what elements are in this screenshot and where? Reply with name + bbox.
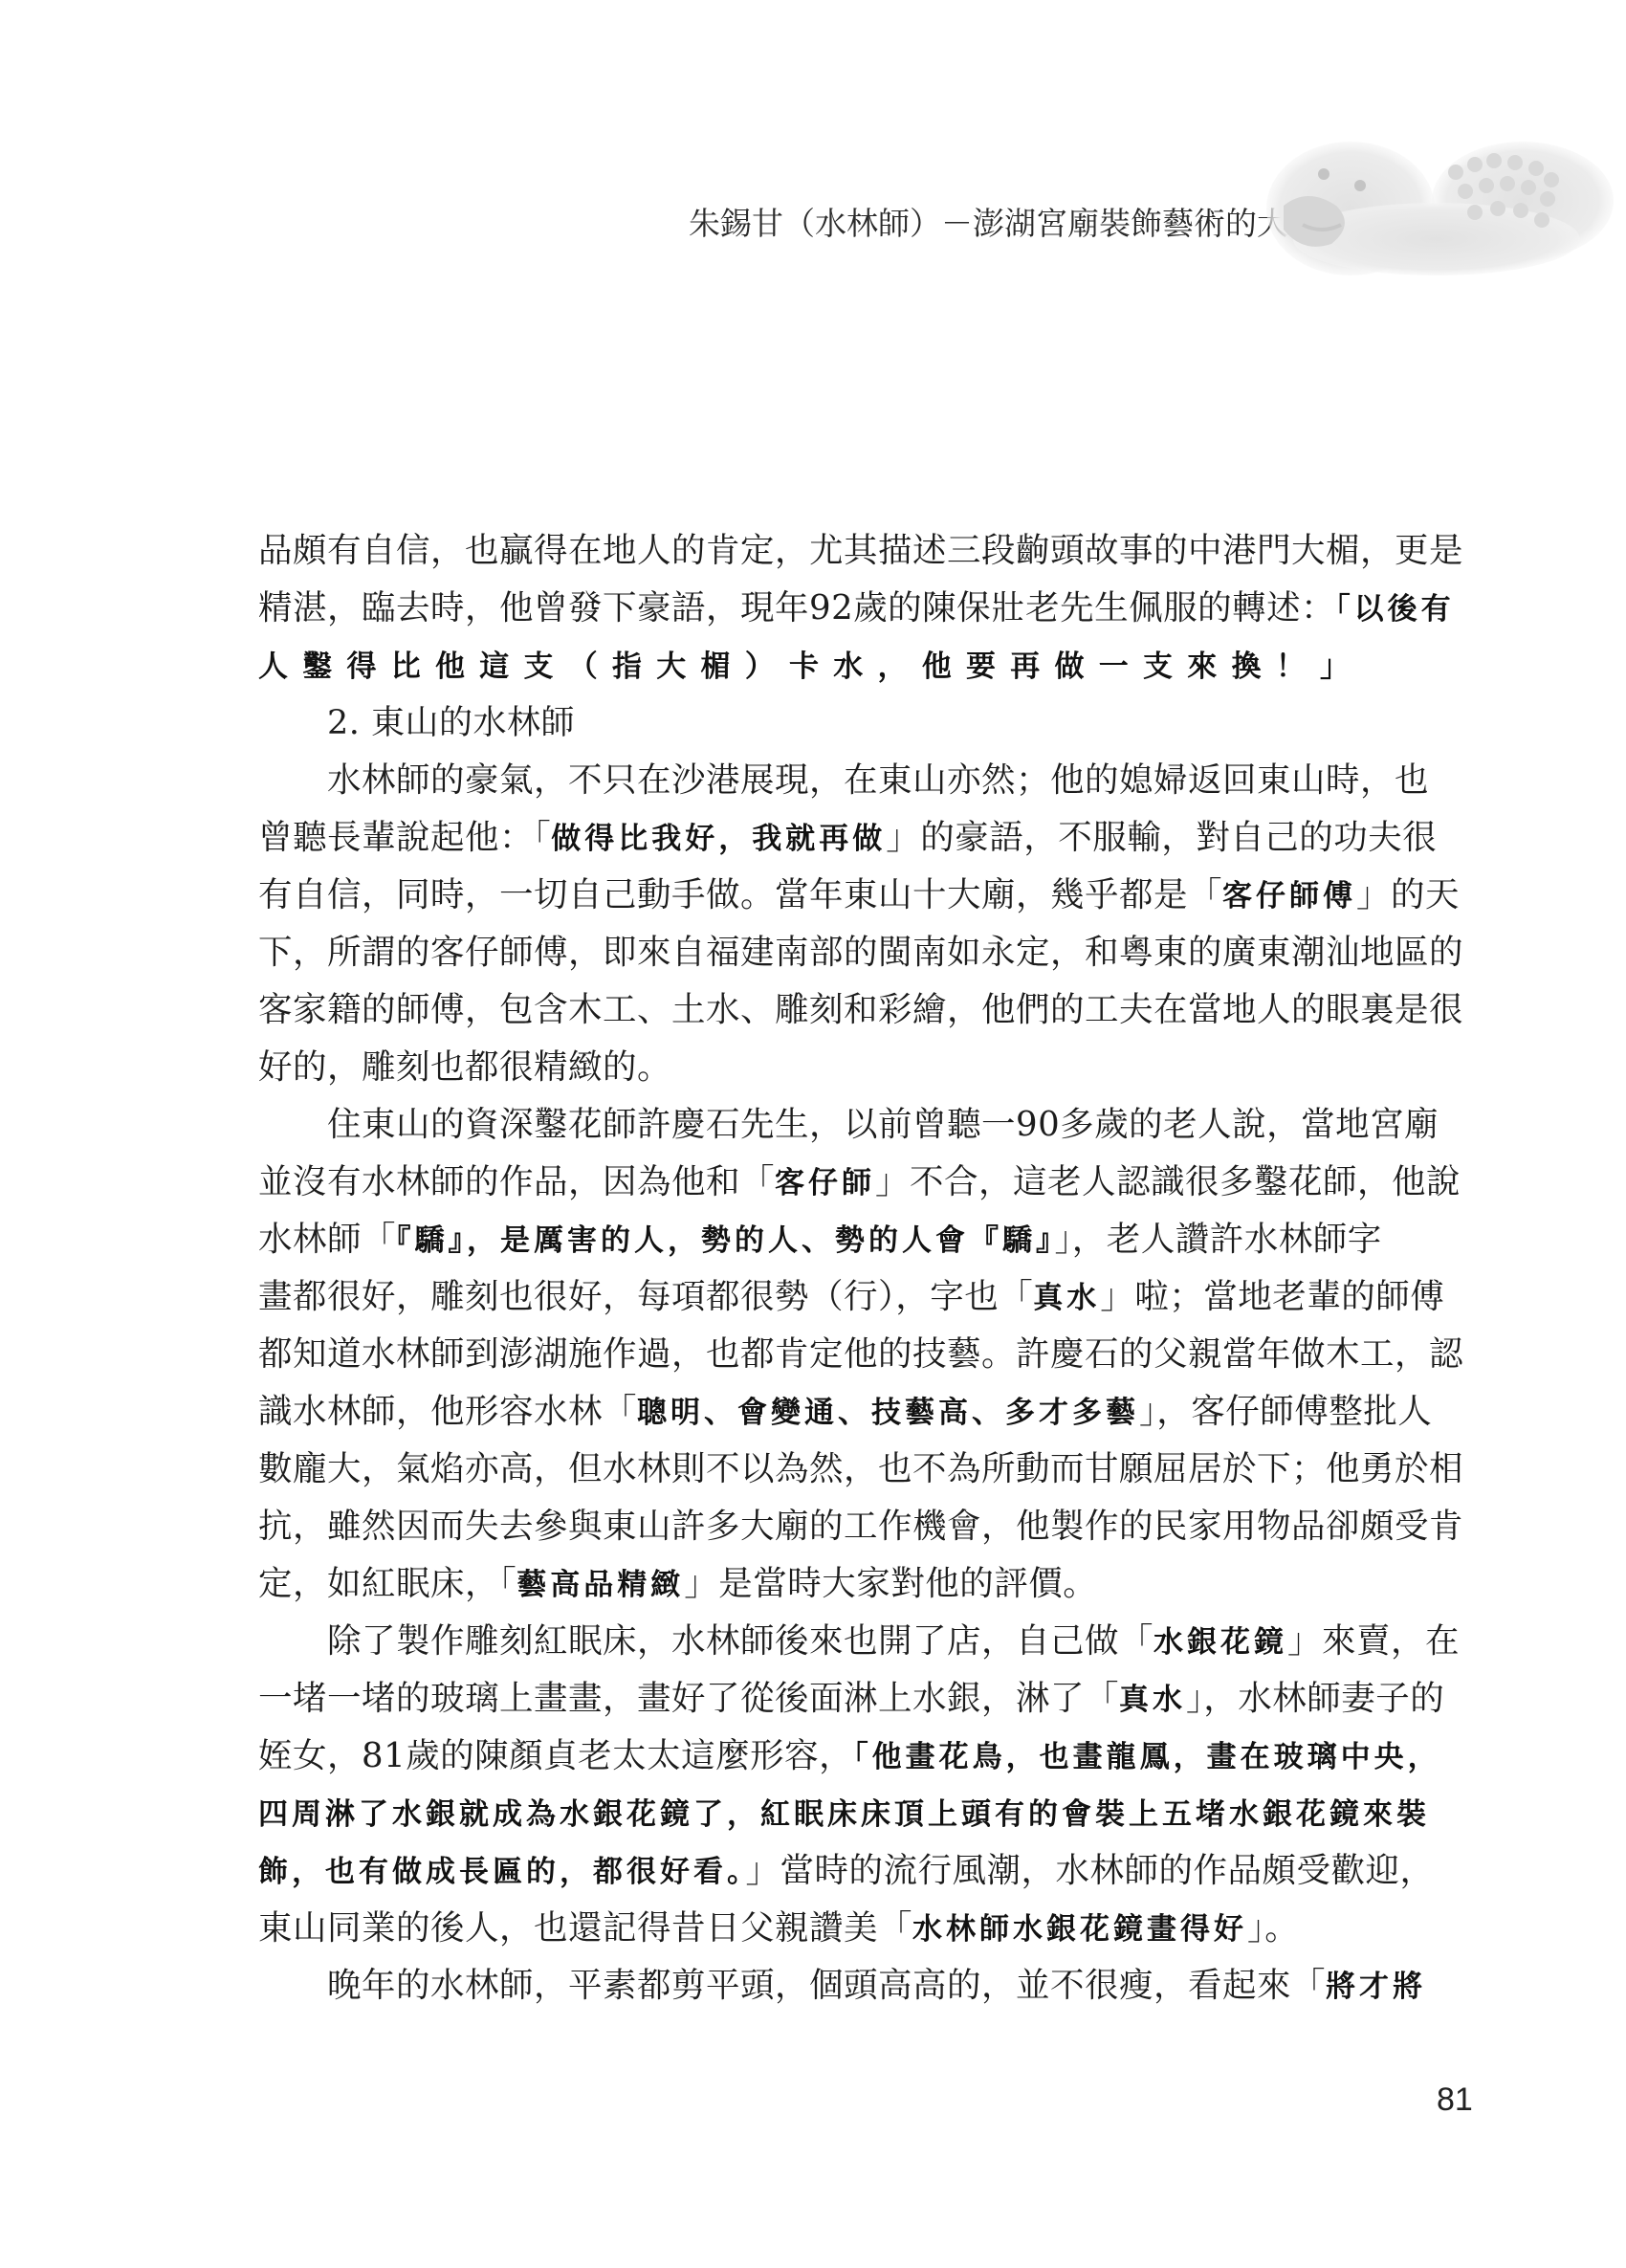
text-segment: 東山同業的後人，也還記得昔日父親讚美「 (258, 1908, 912, 1948)
quoted-speech: 真水 (1033, 1281, 1100, 1315)
section-heading: 2. 東山的水林師 (258, 694, 1353, 752)
body-text: 品頗有自信，也贏得在地人的肯定，尤其描述三段齣頭故事的中港門大楣，更是精湛，臨去… (258, 522, 1353, 2015)
text-line: 識水林師，他形容水林「聰明、會變通、技藝高、多才多藝」，客仔師傅整批人 (258, 1383, 1353, 1441)
text-segment: 並沒有水林師的作品，因為他和「 (258, 1162, 775, 1201)
quoted-speech: 做得比我好，我就再做 (551, 822, 886, 856)
text-segment: 」當時的流行風潮，水林師的作品頗受歡迎， (746, 1851, 1435, 1890)
quoted-speech: 「他畫花鳥，也畫龍鳳，畫在玻璃中央， (853, 1740, 1441, 1774)
text-line: 抗，雖然因而失去參與東山許多大廟的工作機會，他製作的民家用物品卻頗受肯 (258, 1498, 1353, 1555)
text-segment: 識水林師，他形容水林「 (258, 1392, 637, 1431)
text-segment: 住東山的資深鑿花師許慶石先生，以前曾聽一90多歲的老人說，當地宮廟 (327, 1105, 1439, 1144)
text-segment: 數龐大，氣焰亦高，但水林則不以為然，也不為所動而甘願屈居於下；他勇於相 (258, 1449, 1463, 1488)
text-line: 客家籍的師傅，包含木工、土水、雕刻和彩繪，他們的工夫在當地人的眼裏是很 (258, 981, 1353, 1039)
text-segment: 一堵一堵的玻璃上畫畫，畫好了從後面淋上水銀，淋了「 (258, 1679, 1119, 1718)
text-line: 東山同業的後人，也還記得昔日父親讚美「水林師水銀花鏡畫得好」。 (258, 1900, 1353, 1957)
running-header-title: 朱錫甘（水林師）－澎湖宮廟裝飾藝術的大師 (689, 197, 1263, 251)
text-line: 水林師「『驕』，是厲害的人，勢的人、勢的人會『驕』」，老人讚許水林師字 (258, 1211, 1353, 1268)
text-line: 四周淋了水銀就成為水銀花鏡了，紅眠床床頂上頭有的會裝上五堵水銀花鏡來裝 (258, 1785, 1353, 1842)
text-segment: 曾聽長輩說起他：「 (258, 818, 551, 857)
quoted-speech: 藝高品精緻 (516, 1568, 684, 1602)
quoted-speech: 『驕』，是厲害的人，勢的人、勢的人會『驕』 (396, 1223, 1055, 1258)
quoted-speech: 客仔師傅 (1222, 879, 1356, 914)
quoted-speech: 水林師水銀花鏡畫得好 (912, 1912, 1247, 1947)
text-line: 並沒有水林師的作品，因為他和「客仔師」不合，這老人認識很多鑿花師，他說 (258, 1154, 1353, 1211)
quoted-speech: 客仔師 (775, 1166, 875, 1200)
stone-lion-icon (1264, 134, 1626, 277)
text-line: 人鑿得比他這支（指大楣）卡水，他要再做一支來換！」 (258, 637, 1353, 694)
text-segment: 晚年的水林師，平素都剪平頭，個頭高高的，並不很瘦，看起來「 (327, 1966, 1326, 2005)
text-line: 水林師的豪氣，不只在沙港展現，在東山亦然；他的媳婦返回東山時，也 (258, 752, 1353, 809)
text-segment: 精湛，臨去時，他曾發下豪語，現年92歲的陳保壯老先生佩服的轉述： (258, 588, 1335, 628)
page-number: 81 (1437, 2081, 1473, 2119)
text-segment: 抗，雖然因而失去參與東山許多大廟的工作機會，他製作的民家用物品卻頗受肯 (258, 1507, 1463, 1546)
quoted-speech: 「以後有 (1335, 592, 1455, 627)
text-line: 飾，也有做成長匾的，都很好看。」當時的流行風潮，水林師的作品頗受歡迎， (258, 1842, 1353, 1900)
text-line: 畫都很好，雕刻也很好，每項都很勢（行），字也「真水」啦；當地老輩的師傅 (258, 1268, 1353, 1326)
text-segment: 畫都很好，雕刻也很好，每項都很勢（行），字也「 (258, 1277, 1033, 1316)
text-line: 數龐大，氣焰亦高，但水林則不以為然，也不為所動而甘願屈居於下；他勇於相 (258, 1441, 1353, 1498)
text-segment: 」啦；當地老輩的師傅 (1100, 1277, 1444, 1316)
text-line: 住東山的資深鑿花師許慶石先生，以前曾聽一90多歲的老人說，當地宮廟 (258, 1096, 1353, 1154)
text-segment: 水林師「 (258, 1220, 396, 1259)
text-segment: 」，老人讚許水林師字 (1055, 1220, 1382, 1259)
quoted-speech: 真水 (1119, 1683, 1186, 1717)
text-segment: 有自信，同時，一切自己動手做。當年東山十大廟，幾乎都是「 (258, 875, 1222, 914)
text-line: 定，如紅眠床，「藝高品精緻」是當時大家對他的評價。 (258, 1555, 1353, 1613)
text-segment: 」的天 (1356, 875, 1460, 914)
text-line: 除了製作雕刻紅眠床，水林師後來也開了店，自己做「水銀花鏡」來賣，在 (258, 1613, 1353, 1670)
quoted-speech: 將才將 (1326, 1970, 1426, 2004)
text-segment: 好的，雕刻也都很精緻的。 (258, 1047, 671, 1087)
text-segment: 」。 (1247, 1908, 1299, 1948)
text-segment: 」，客仔師傅整批人 (1139, 1392, 1432, 1431)
text-segment: 下，所謂的客仔師傅，即來自福建南部的閩南如永定，和粵東的廣東潮汕地區的 (258, 933, 1463, 972)
text-segment: 2. 東山的水林師 (327, 704, 575, 742)
text-line: 好的，雕刻也都很精緻的。 (258, 1039, 1353, 1096)
text-line: 一堵一堵的玻璃上畫畫，畫好了從後面淋上水銀，淋了「真水」，水林師妻子的 (258, 1670, 1353, 1728)
text-line: 有自信，同時，一切自己動手做。當年東山十大廟，幾乎都是「客仔師傅」的天 (258, 867, 1353, 924)
text-line: 下，所謂的客仔師傅，即來自福建南部的閩南如永定，和粵東的廣東潮汕地區的 (258, 924, 1353, 981)
quoted-speech: 四周淋了水銀就成為水銀花鏡了，紅眠床床頂上頭有的會裝上五堵水銀花鏡來裝 (258, 1797, 1430, 1832)
text-segment: 」是當時大家對他的評價。 (684, 1564, 1097, 1603)
text-segment: 品頗有自信，也贏得在地人的肯定，尤其描述三段齣頭故事的中港門大楣，更是 (258, 531, 1463, 570)
text-segment: 姪女，81歲的陳顏貞老太太這麼形容， (258, 1736, 853, 1775)
text-segment: 都知道水林師到澎湖施作過，也都肯定他的技藝。許慶石的父親當年做木工，認 (258, 1334, 1463, 1374)
text-line: 姪女，81歲的陳顏貞老太太這麼形容，「他畫花鳥，也畫龍鳳，畫在玻璃中央， (258, 1728, 1353, 1785)
quoted-speech: 飾，也有做成長匾的，都很好看。 (258, 1855, 746, 1889)
text-segment: 」，水林師妻子的 (1186, 1679, 1444, 1718)
text-line: 精湛，臨去時，他曾發下豪語，現年92歲的陳保壯老先生佩服的轉述：「以後有 (258, 580, 1353, 637)
quoted-speech: 水銀花鏡 (1154, 1625, 1287, 1660)
text-segment: 」來賣，在 (1287, 1621, 1460, 1661)
text-line: 品頗有自信，也贏得在地人的肯定，尤其描述三段齣頭故事的中港門大楣，更是 (258, 522, 1353, 580)
quoted-speech: 人鑿得比他這支（指大楣）卡水，他要再做一支來換！」 (258, 650, 1353, 684)
text-segment: 」的豪語，不服輸，對自己的功夫很 (886, 818, 1437, 857)
text-line: 晚年的水林師，平素都剪平頭，個頭高高的，並不很瘦，看起來「將才將 (258, 1957, 1353, 2015)
text-segment: 客家籍的師傅，包含木工、土水、雕刻和彩繪，他們的工夫在當地人的眼裏是很 (258, 990, 1463, 1029)
text-segment: 除了製作雕刻紅眠床，水林師後來也開了店，自己做「 (327, 1621, 1154, 1661)
text-line: 曾聽長輩說起他：「做得比我好，我就再做」的豪語，不服輸，對自己的功夫很 (258, 809, 1353, 867)
text-segment: 定，如紅眠床，「 (258, 1564, 516, 1603)
text-segment: 」不合，這老人認識很多鑿花師，他說 (875, 1162, 1461, 1201)
quoted-speech: 聰明、會變通、技藝高、多才多藝 (637, 1396, 1139, 1430)
text-line: 都知道水林師到澎湖施作過，也都肯定他的技藝。許慶石的父親當年做木工，認 (258, 1326, 1353, 1383)
text-segment: 水林師的豪氣，不只在沙港展現，在東山亦然；他的媳婦返回東山時，也 (327, 760, 1429, 800)
